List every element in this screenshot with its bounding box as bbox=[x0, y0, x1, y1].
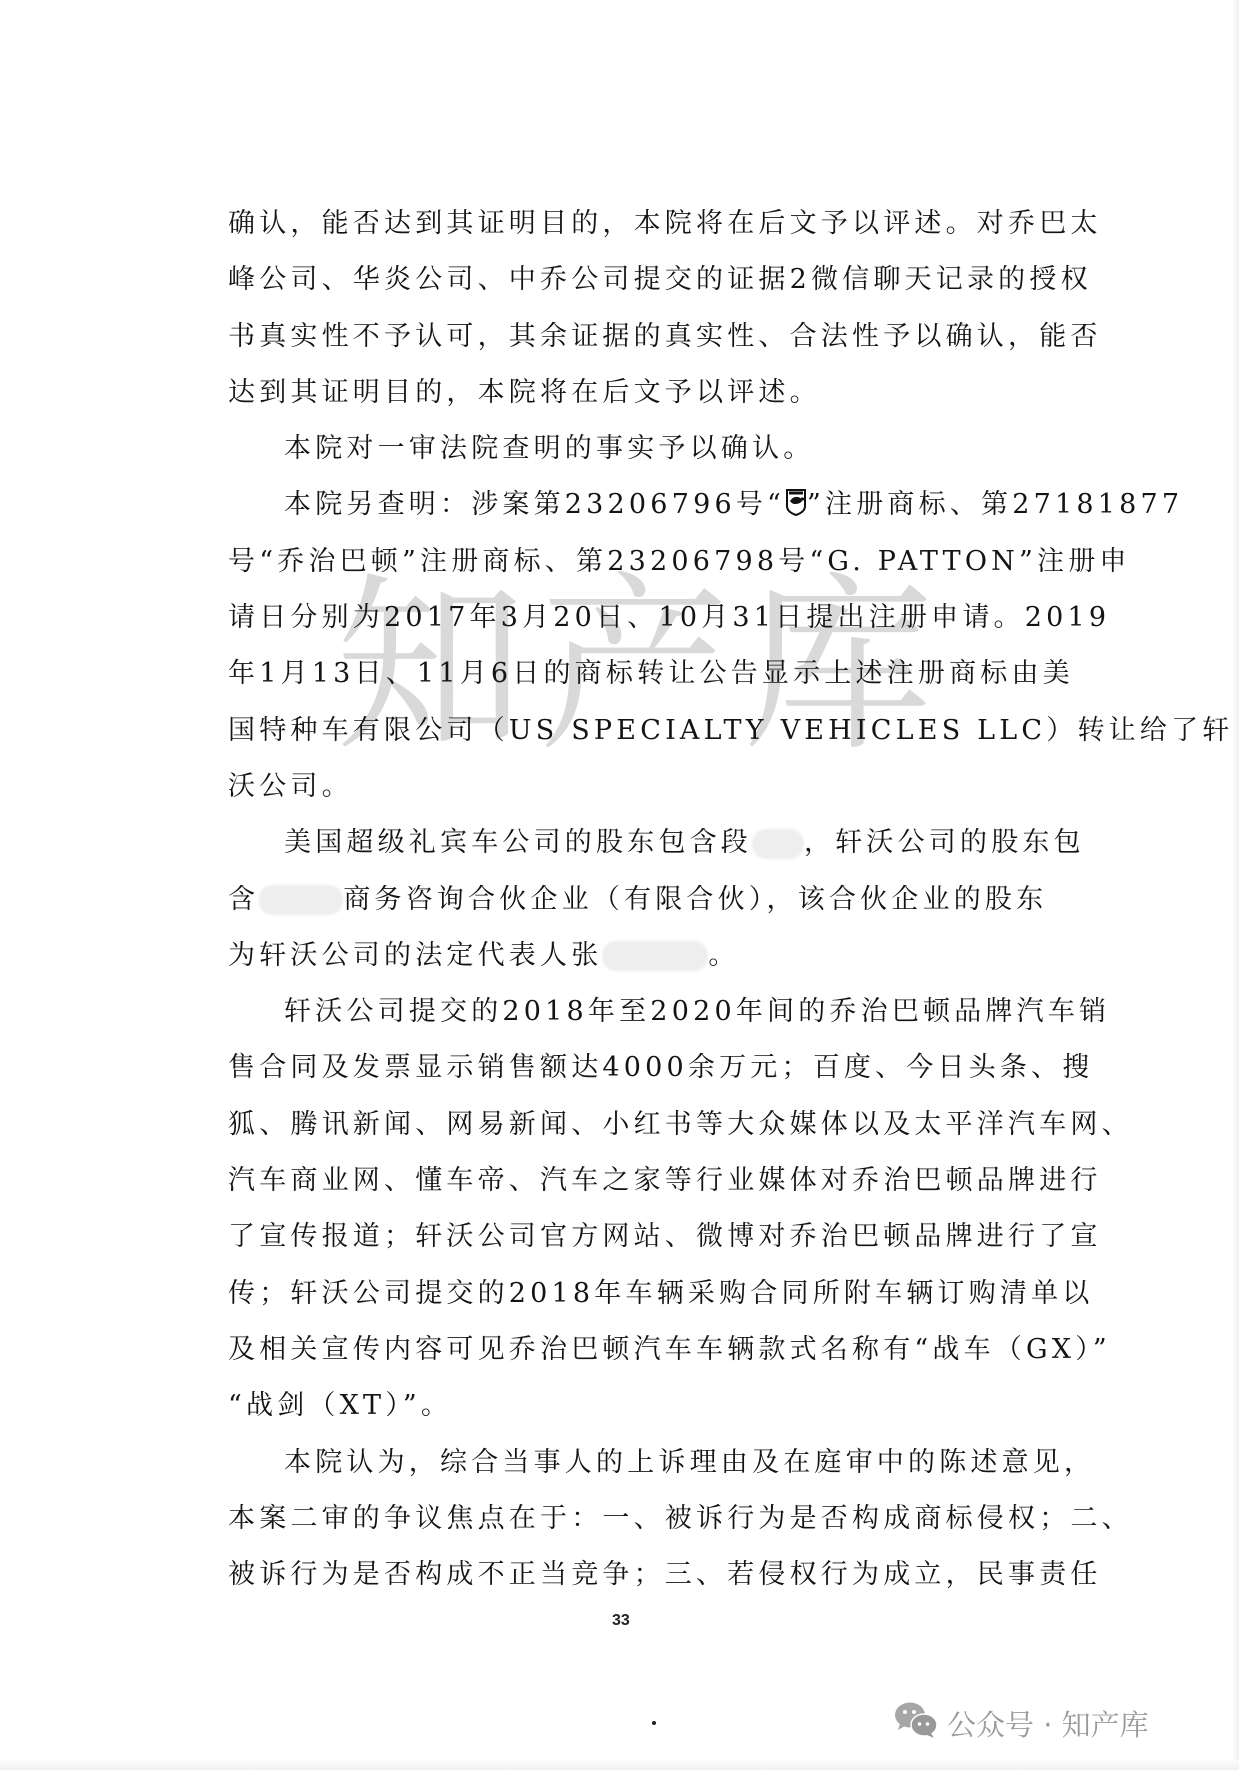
text-line: 达到其证明目的，本院将在后文予以评述。 bbox=[228, 365, 1020, 421]
redacted-name bbox=[602, 941, 708, 971]
page-edge-shadow bbox=[1233, 0, 1239, 1770]
redacted-name bbox=[259, 885, 343, 915]
text-segment: 含 bbox=[228, 884, 259, 915]
judgment-body-text: 确认，能否达到其证明目的，本院将在后文予以评述。对乔巴太 峰公司、华炎公司、中乔… bbox=[228, 196, 1020, 1603]
text-line: 书真实性不予认可，其余证据的真实性、合法性予以确认，能否 bbox=[228, 309, 1020, 365]
text-line: 号“乔治巴顿”注册商标、第23206798号“G. PATTON”注册申 bbox=[228, 534, 1020, 590]
text-segment: 。 bbox=[708, 940, 739, 971]
text-line: “战剑（XT）”。 bbox=[228, 1378, 1020, 1434]
text-line: 国特种车有限公司（US SPECIALTY VEHICLES LLC）转让给了轩 bbox=[228, 703, 1020, 759]
redacted-name bbox=[752, 829, 804, 859]
text-segment: 商务咨询合伙企业（有限合伙），该合伙企业的股东 bbox=[343, 884, 1047, 915]
text-segment: ，轩沃公司的股东包 bbox=[804, 827, 1085, 858]
text-line: 及相关宣传内容可见乔治巴顿汽车车辆款式名称有“战车（GX）” bbox=[228, 1322, 1020, 1378]
text-line: 本院对一审法院查明的事实予以确认。 bbox=[228, 421, 1020, 477]
page-number: 33 bbox=[612, 1612, 630, 1630]
text-segment: ”注册商标、第27181877 bbox=[807, 489, 1183, 520]
scan-speck bbox=[652, 1721, 656, 1725]
text-line: 本案二审的争议焦点在于：一、被诉行为是否构成商标侵权；二、 bbox=[228, 1491, 1020, 1547]
text-line: 确认，能否达到其证明目的，本院将在后文予以评述。对乔巴太 bbox=[228, 196, 1020, 252]
text-segment: 本院另查明：涉案第23206796号“ bbox=[284, 489, 785, 520]
wechat-account-watermark: 公众号 · 知产库 bbox=[893, 1700, 1149, 1747]
text-segment: 为轩沃公司的法定代表人张 bbox=[228, 940, 602, 971]
text-line: 年1月13日、11月6日的商标转让公告显示上述注册商标由美 bbox=[228, 646, 1020, 702]
text-line: 轩沃公司提交的2018年至2020年间的乔治巴顿品牌汽车销 bbox=[228, 984, 1020, 1040]
text-line: 沃公司。 bbox=[228, 759, 1020, 815]
text-segment: 美国超级礼宾车公司的股东包含段 bbox=[284, 827, 752, 858]
text-line: 请日分别为2017年3月20日、10月31日提出注册申请。2019 bbox=[228, 590, 1020, 646]
wechat-account-label: 公众号 · 知产库 bbox=[947, 1703, 1149, 1744]
text-line: 本院认为，综合当事人的上诉理由及在庭审中的陈述意见， bbox=[228, 1435, 1020, 1491]
page-bottom-edge bbox=[0, 1760, 1239, 1770]
text-line: 峰公司、华炎公司、中乔公司提交的证据2微信聊天记录的授权 bbox=[228, 252, 1020, 308]
text-line-redacted: 美国超级礼宾车公司的股东包含段，轩沃公司的股东包 bbox=[228, 815, 1020, 871]
text-line-redacted: 为轩沃公司的法定代表人张。 bbox=[228, 928, 1020, 984]
text-line: 售合同及发票显示销售额达4000余万元；百度、今日头条、搜 bbox=[228, 1040, 1020, 1096]
document-page: 知产库 确认，能否达到其证明目的，本院将在后文予以评述。对乔巴太 峰公司、华炎公… bbox=[0, 0, 1239, 1770]
text-line: 狐、腾讯新闻、网易新闻、小红书等大众媒体以及太平洋汽车网、 bbox=[228, 1097, 1020, 1153]
text-line-with-trademark: 本院另查明：涉案第23206796号“”注册商标、第27181877 bbox=[228, 477, 1020, 533]
wechat-icon bbox=[893, 1700, 939, 1747]
shield-with-turtle-trademark-icon bbox=[785, 480, 807, 508]
text-line-redacted: 含商务咨询合伙企业（有限合伙），该合伙企业的股东 bbox=[228, 872, 1020, 928]
text-line: 被诉行为是否构成不正当竞争；三、若侵权行为成立，民事责任 bbox=[228, 1547, 1020, 1603]
text-line: 汽车商业网、懂车帝、汽车之家等行业媒体对乔治巴顿品牌进行 bbox=[228, 1153, 1020, 1209]
text-line: 了宣传报道；轩沃公司官方网站、微博对乔治巴顿品牌进行了宣 bbox=[228, 1209, 1020, 1265]
text-line: 传；轩沃公司提交的2018年车辆采购合同所附车辆订购清单以 bbox=[228, 1266, 1020, 1322]
